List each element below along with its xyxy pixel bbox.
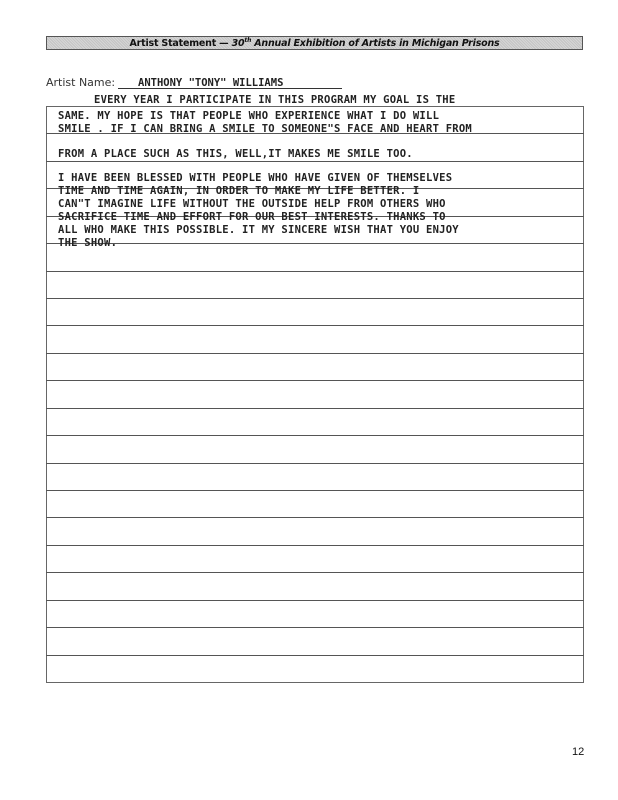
- artist-name-label: Artist Name:: [46, 76, 115, 89]
- ruled-line: [46, 435, 584, 436]
- page-number: 12: [572, 746, 584, 758]
- section-header: Artist Statement — 30th Annual Exhibitio…: [46, 36, 583, 50]
- ruled-line: [46, 353, 584, 354]
- typed-line: FROM A PLACE SUCH AS THIS, WELL,IT MAKES…: [58, 148, 413, 161]
- ruled-line: [46, 572, 584, 573]
- ruled-line: [46, 600, 584, 601]
- ruled-line: [46, 545, 584, 546]
- typed-line: SMILE . IF I CAN BRING A SMILE TO SOMEON…: [58, 123, 472, 136]
- ruled-line: [46, 655, 584, 656]
- ruled-line: [46, 463, 584, 464]
- ruled-line: [46, 408, 584, 409]
- typed-line: ALL WHO MAKE THIS POSSIBLE. IT MY SINCER…: [58, 224, 459, 237]
- statement-first-line: EVERY YEAR I PARTICIPATE IN THIS PROGRAM…: [94, 94, 455, 106]
- typed-line: CAN"T IMAGINE LIFE WITHOUT THE OUTSIDE H…: [58, 198, 459, 211]
- typed-line: SAME. MY HOPE IS THAT PEOPLE WHO EXPERIE…: [58, 110, 472, 123]
- statement-paragraph-2: FROM A PLACE SUCH AS THIS, WELL,IT MAKES…: [58, 148, 413, 161]
- typed-line: SACRIFICE TIME AND EFFORT FOR OUR BEST I…: [58, 211, 459, 224]
- ruled-line: [46, 490, 584, 491]
- typed-line: TIME AND TIME AGAIN, IN ORDER TO MAKE MY…: [58, 185, 459, 198]
- ruled-line: [46, 517, 584, 518]
- typed-line: I HAVE BEEN BLESSED WITH PEOPLE WHO HAVE…: [58, 172, 459, 185]
- ruled-line: [46, 380, 584, 381]
- ruled-line: [46, 298, 584, 299]
- statement-paragraph-3: I HAVE BEEN BLESSED WITH PEOPLE WHO HAVE…: [58, 172, 459, 250]
- ruled-line: [46, 325, 584, 326]
- statement-paragraph-1: SAME. MY HOPE IS THAT PEOPLE WHO EXPERIE…: [58, 110, 472, 136]
- header-title-prefix: Artist Statement —: [129, 38, 228, 49]
- ruled-line: [46, 161, 584, 162]
- typed-line: THE SHOW.: [58, 237, 459, 250]
- ruled-line: [46, 271, 584, 272]
- ruled-line: [46, 627, 584, 628]
- artist-name-value: ANTHONY "TONY" WILLIAMS: [138, 77, 283, 89]
- header-title-italic: 30th Annual Exhibition of Artists in Mic…: [228, 37, 499, 49]
